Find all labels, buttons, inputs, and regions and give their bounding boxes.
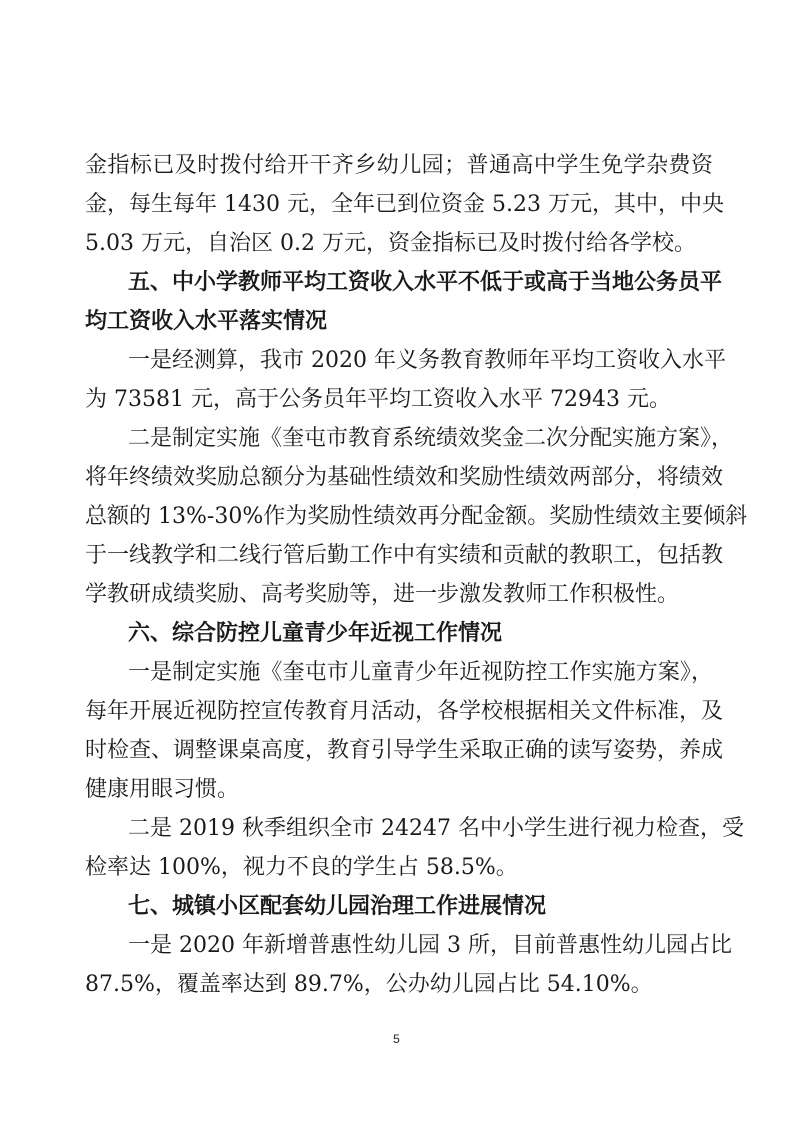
paragraph-line: 一是 2020 年新增普惠性幼儿园 3 所，目前普惠性幼儿园占比 <box>85 926 713 965</box>
paragraph-line: 5.03 万元，自治区 0.2 万元，资金指标已及时拨付给各学校。 <box>85 224 713 263</box>
paragraph-line: 总额的 13%-30%作为奖励性绩效再分配金额。奖励性绩效主要倾斜 <box>85 497 713 536</box>
paragraph-line: 一是经测算，我市 2020 年义务教育教师年平均工资收入水平 <box>85 341 713 380</box>
paragraph-line: 二是制定实施《奎屯市教育系统绩效奖金二次分配实施方案》， <box>85 419 713 458</box>
section-heading-6: 六、综合防控儿童青少年近视工作情况 <box>85 614 713 653</box>
document-page: 金指标已及时拨付给开干齐乡幼儿园；普通高中学生免学杂费资 金，每生每年 1430… <box>0 0 793 1122</box>
paragraph-line: 一是制定实施《奎屯市儿童青少年近视防控工作实施方案》， <box>85 653 713 692</box>
paragraph-line: 金指标已及时拨付给开干齐乡幼儿园；普通高中学生免学杂费资 <box>85 146 713 185</box>
paragraph-line: 金，每生每年 1430 元，全年已到位资金 5.23 万元，其中，中央 <box>85 185 713 224</box>
paragraph-line: 二是 2019 秋季组织全市 24247 名中小学生进行视力检查，受 <box>85 809 713 848</box>
section-heading-5-cont: 均工资收入水平落实情况 <box>85 302 713 341</box>
paragraph-line: 将年终绩效奖励总额分为基础性绩效和奖励性绩效两部分，将绩效 <box>85 458 713 497</box>
page-number: 5 <box>0 1032 793 1046</box>
paragraph-line: 87.5%，覆盖率达到 89.7%，公办幼儿园占比 54.10%。 <box>85 965 713 1004</box>
paragraph-line: 学教研成绩奖励、高考奖励等，进一步激发教师工作积极性。 <box>85 575 713 614</box>
section-heading-7: 七、城镇小区配套幼儿园治理工作进展情况 <box>85 887 713 926</box>
paragraph-line: 每年开展近视防控宣传教育月活动，各学校根据相关文件标准，及 <box>85 692 713 731</box>
paragraph-line: 健康用眼习惯。 <box>85 770 713 809</box>
section-heading-5: 五、中小学教师平均工资收入水平不低于或高于当地公务员平 <box>85 263 713 302</box>
paragraph-line: 检率达 100%，视力不良的学生占 58.5%。 <box>85 848 713 887</box>
document-body: 金指标已及时拨付给开干齐乡幼儿园；普通高中学生免学杂费资 金，每生每年 1430… <box>85 146 713 1004</box>
paragraph-line: 为 73581 元，高于公务员年平均工资收入水平 72943 元。 <box>85 380 713 419</box>
paragraph-line: 时检查、调整课桌高度，教育引导学生采取正确的读写姿势，养成 <box>85 731 713 770</box>
paragraph-line: 于一线教学和二线行管后勤工作中有实绩和贡献的教职工，包括教 <box>85 536 713 575</box>
